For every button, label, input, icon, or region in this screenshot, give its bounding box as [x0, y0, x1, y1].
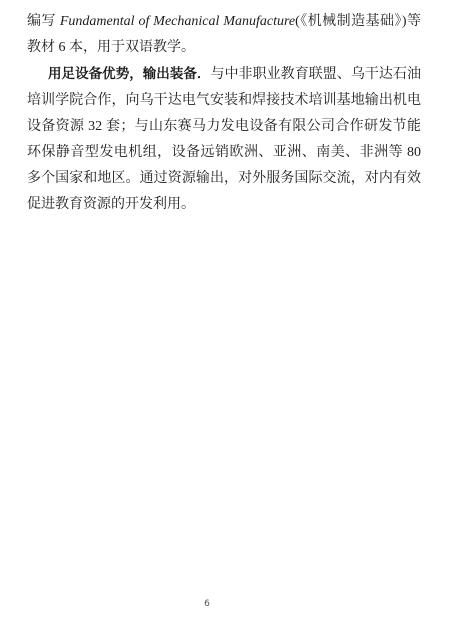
paragraph-equipment-body: 与中非职业教育联盟、乌干达石油培训学院合作，向乌干达电气安装和焊接技术培训基地输… [27, 67, 421, 212]
paragraph-textbooks-prefix: 编写 [27, 14, 60, 29]
page-body-text: 编写 Fundamental of Mechanical Manufacture… [27, 9, 421, 218]
paragraph-equipment-export: 用足设备优势，输出装备．与中非职业教育联盟、乌干达石油培训学院合作，向乌干达电气… [27, 61, 421, 218]
document-page: 编写 Fundamental of Mechanical Manufacture… [0, 0, 450, 631]
paragraph-textbooks: 编写 Fundamental of Mechanical Manufacture… [27, 9, 421, 61]
paragraph-equipment-bold-lead: 用足设备优势，输出装备． [48, 66, 210, 81]
book-title-english: Fundamental of Mechanical Manufacture [60, 14, 295, 29]
page-number: 6 [195, 598, 219, 610]
